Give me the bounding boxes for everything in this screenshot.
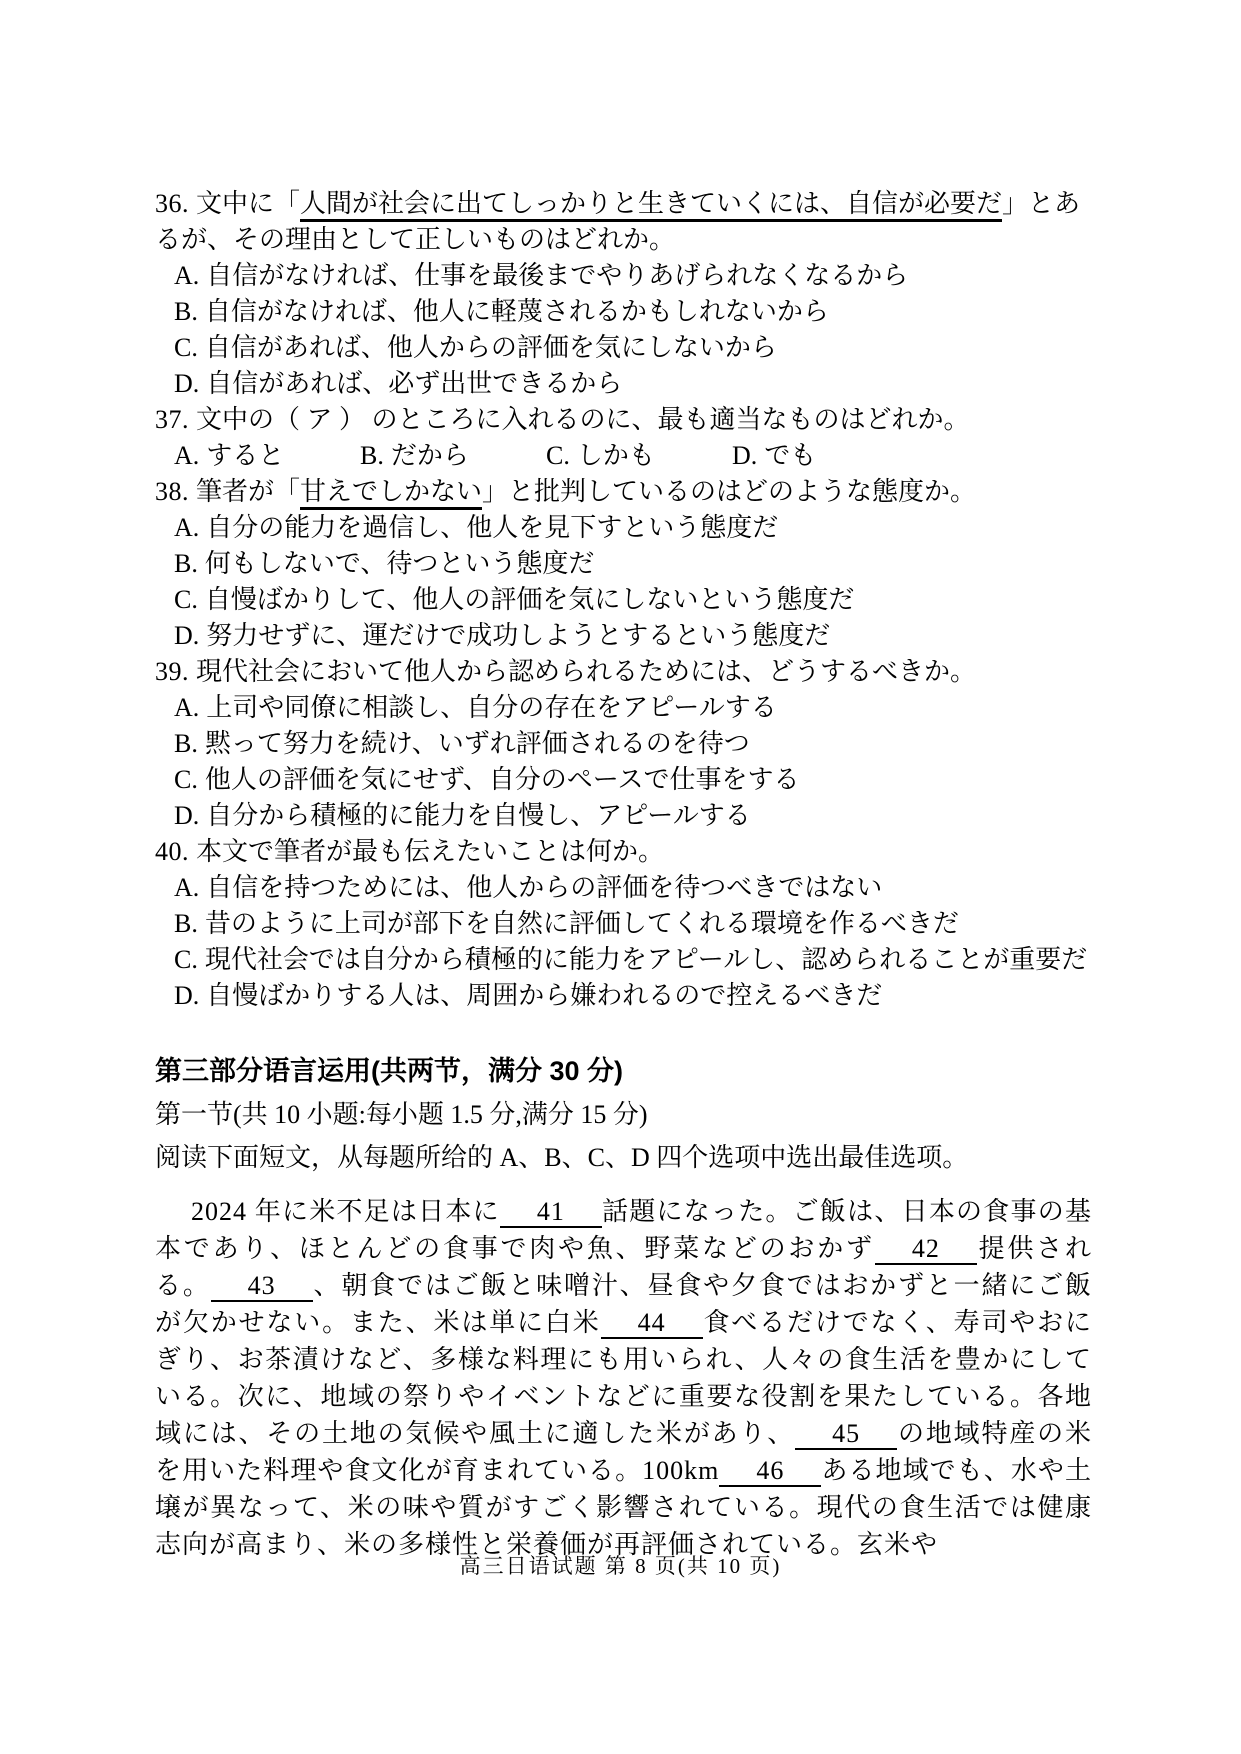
question-stem: 40. 本文で筆者が最も伝えたいことは何か。 bbox=[155, 834, 1092, 870]
stem-text: 筆者が「 bbox=[196, 477, 300, 506]
option-text: 自信があれば、他人からの評価を気にしないから bbox=[205, 333, 777, 362]
option-text: 自慢ばかりして、他人の評価を気にしないという態度だ bbox=[205, 585, 854, 614]
option-text: だから bbox=[391, 441, 469, 470]
question-number: 37. bbox=[155, 405, 196, 434]
question-option: D.でも bbox=[732, 438, 816, 474]
question-option: C.現代社会では自分から積極的に能力をアピールし、認められることが重要だ bbox=[155, 942, 1092, 978]
option-label: A. bbox=[174, 261, 199, 290]
cloze-blank: 46 bbox=[719, 1457, 821, 1487]
question-options: A.上司や同僚に相談し、自分の存在をアピールするB.黙って努力を続け、いずれ評価… bbox=[155, 690, 1092, 834]
option-label: A. bbox=[174, 441, 199, 470]
question-option: D.努力せずに、運だけで成功しようとするという態度だ bbox=[155, 618, 1092, 654]
underlined-quote: 甘えでしかない bbox=[300, 477, 482, 510]
passage-text: 2024 年に米不足は日本に bbox=[191, 1197, 500, 1226]
question-number: 38. bbox=[155, 477, 196, 506]
option-text: 昔のように上司が部下を自然に評価してくれる環境を作るべきだ bbox=[205, 909, 959, 938]
option-text: しかも bbox=[577, 441, 655, 470]
option-label: B. bbox=[360, 441, 384, 470]
option-text: 自信を持つためには、他人からの評価を待つべきではない bbox=[206, 873, 882, 902]
question-option: A.自分の能力を過信し、他人を見下すという態度だ bbox=[155, 510, 1092, 546]
question-options: A.自分の能力を過信し、他人を見下すという態度だB.何もしないで、待つという態度… bbox=[155, 510, 1092, 654]
question-option: B.昔のように上司が部下を自然に評価してくれる環境を作るべきだ bbox=[155, 906, 1092, 942]
cloze-blank: 42 bbox=[875, 1235, 977, 1265]
option-label: D. bbox=[732, 441, 757, 470]
option-label: C. bbox=[174, 585, 198, 614]
exam-page: 36. 文中に「人間が社会に出てしっかりと生きていくには、自信が必要だ」とあるが… bbox=[0, 0, 1241, 1754]
question-option: D.自信があれば、必ず出世できるから bbox=[155, 366, 1092, 402]
option-label: C. bbox=[546, 441, 570, 470]
option-text: 自慢ばかりする人は、周囲から嫌われるので控えるべきだ bbox=[206, 981, 882, 1010]
question: 38. 筆者が「甘えでしかない」と批判しているのはどのような態度か。A.自分の能… bbox=[155, 474, 1092, 654]
question-option: C.自慢ばかりして、他人の評価を気にしないという態度だ bbox=[155, 582, 1092, 618]
option-text: 自信があれば、必ず出世できるから bbox=[206, 369, 622, 398]
option-text: 何もしないで、待つという態度だ bbox=[205, 549, 594, 578]
question-option: A.すると bbox=[174, 438, 360, 474]
option-text: 自信がなければ、他人に軽蔑されるかもしれないから bbox=[205, 297, 829, 326]
cloze-blank: 41 bbox=[500, 1198, 602, 1228]
option-label: B. bbox=[174, 729, 198, 758]
question-options: A.するとB.だからC.しかもD.でも bbox=[155, 438, 1092, 474]
option-text: すると bbox=[206, 441, 284, 470]
option-text: 黙って努力を続け、いずれ評価されるのを待つ bbox=[205, 729, 750, 758]
option-label: B. bbox=[174, 549, 198, 578]
question-option: B.だから bbox=[360, 438, 546, 474]
question-number: 36. bbox=[155, 189, 196, 218]
stem-text: 現代社会において他人から認められるためには、どうするべきか。 bbox=[196, 657, 976, 686]
question-option: C.自信があれば、他人からの評価を気にしないから bbox=[155, 330, 1092, 366]
page-footer: 高三日语试题 第 8 页(共 10 页) bbox=[0, 1550, 1241, 1580]
option-label: D. bbox=[174, 801, 199, 830]
stem-text: 」と批判しているのはどのような態度か。 bbox=[482, 477, 976, 506]
question: 40. 本文で筆者が最も伝えたいことは何か。A.自信を持つためには、他人からの評… bbox=[155, 834, 1092, 1014]
option-label: A. bbox=[174, 873, 199, 902]
option-label: D. bbox=[174, 621, 199, 650]
option-text: 現代社会では自分から積極的に能力をアピールし、認められることが重要だ bbox=[205, 945, 1087, 974]
question: 36. 文中に「人間が社会に出てしっかりと生きていくには、自信が必要だ」とあるが… bbox=[155, 186, 1092, 402]
stem-text: 文中の（ ア ） のところに入れるのに、最も適当なものはどれか。 bbox=[196, 405, 970, 434]
question-stem: 38. 筆者が「甘えでしかない」と批判しているのはどのような態度か。 bbox=[155, 474, 1092, 510]
question-option: C.しかも bbox=[546, 438, 732, 474]
question-option: B.何もしないで、待つという態度だ bbox=[155, 546, 1092, 582]
question-option: B.自信がなければ、他人に軽蔑されるかもしれないから bbox=[155, 294, 1092, 330]
option-label: D. bbox=[174, 369, 199, 398]
option-text: 上司や同僚に相談し、自分の存在をアピールする bbox=[206, 693, 776, 722]
underlined-quote: 人間が社会に出てしっかりと生きていくには、自信が必要だ bbox=[300, 189, 1002, 222]
question-option: D.自分から積極的に能力を自慢し、アピールする bbox=[155, 798, 1092, 834]
option-label: C. bbox=[174, 333, 198, 362]
option-text: 努力せずに、運だけで成功しようとするという態度だ bbox=[206, 621, 830, 650]
question-stem: 37. 文中の（ ア ） のところに入れるのに、最も適当なものはどれか。 bbox=[155, 402, 1092, 438]
question-option: D.自慢ばかりする人は、周囲から嫌われるので控えるべきだ bbox=[155, 978, 1092, 1014]
cloze-passage: 2024 年に米不足は日本に41話題になった。ご飯は、日本の食事の基本であり、ほ… bbox=[155, 1193, 1092, 1563]
question-option: C.他人の評価を気にせず、自分のペースで仕事をする bbox=[155, 762, 1092, 798]
cloze-blank: 45 bbox=[795, 1420, 897, 1450]
option-label: A. bbox=[174, 513, 199, 542]
question: 37. 文中の（ ア ） のところに入れるのに、最も適当なものはどれか。A.する… bbox=[155, 402, 1092, 474]
option-label: A. bbox=[174, 693, 199, 722]
option-label: D. bbox=[174, 981, 199, 1010]
cloze-blank: 44 bbox=[601, 1309, 703, 1339]
question-options: A.自信がなければ、仕事を最後までやりあげられなくなるからB.自信がなければ、他… bbox=[155, 258, 1092, 402]
question-option: A.自信を持つためには、他人からの評価を待つべきではない bbox=[155, 870, 1092, 906]
option-text: 自分の能力を過信し、他人を見下すという態度だ bbox=[206, 513, 778, 542]
question-option: A.上司や同僚に相談し、自分の存在をアピールする bbox=[155, 690, 1092, 726]
question-option: B.黙って努力を続け、いずれ評価されるのを待つ bbox=[155, 726, 1092, 762]
option-label: C. bbox=[174, 945, 198, 974]
option-text: 他人の評価を気にせず、自分のペースで仕事をする bbox=[205, 765, 800, 794]
question-option: A.自信がなければ、仕事を最後までやりあげられなくなるから bbox=[155, 258, 1092, 294]
section-part-title: 第三部分语言运用(共两节，满分 30 分) bbox=[155, 1050, 1092, 1093]
option-text: 自分から積極的に能力を自慢し、アピールする bbox=[206, 801, 750, 830]
question-number: 40. bbox=[155, 837, 196, 866]
stem-text: 文中に「 bbox=[196, 189, 300, 218]
section-header: 第三部分语言运用(共两节，满分 30 分) 第一节(共 10 小题:每小题 1.… bbox=[155, 1050, 1092, 1179]
option-label: B. bbox=[174, 909, 198, 938]
section-instruction: 阅读下面短文，从每题所给的 A、B、C、D 四个选项中选出最佳选项。 bbox=[155, 1136, 1092, 1179]
cloze-blank: 43 bbox=[211, 1272, 313, 1302]
question-stem: 39. 現代社会において他人から認められるためには、どうするべきか。 bbox=[155, 654, 1092, 690]
question: 39. 現代社会において他人から認められるためには、どうするべきか。A.上司や同… bbox=[155, 654, 1092, 834]
question-number: 39. bbox=[155, 657, 196, 686]
option-text: でも bbox=[764, 441, 816, 470]
option-text: 自信がなければ、仕事を最後までやりあげられなくなるから bbox=[206, 261, 908, 290]
option-label: B. bbox=[174, 297, 198, 326]
question-list: 36. 文中に「人間が社会に出てしっかりと生きていくには、自信が必要だ」とあるが… bbox=[155, 186, 1092, 1014]
section-subsection-title: 第一节(共 10 小题:每小题 1.5 分,满分 15 分) bbox=[155, 1093, 1092, 1136]
question-stem: 36. 文中に「人間が社会に出てしっかりと生きていくには、自信が必要だ」とあるが… bbox=[155, 186, 1092, 258]
question-options: A.自信を持つためには、他人からの評価を待つべきではないB.昔のように上司が部下… bbox=[155, 870, 1092, 1014]
option-label: C. bbox=[174, 765, 198, 794]
stem-text: 本文で筆者が最も伝えたいことは何か。 bbox=[196, 837, 664, 866]
page-content: 36. 文中に「人間が社会に出てしっかりと生きていくには、自信が必要だ」とあるが… bbox=[155, 186, 1092, 1563]
